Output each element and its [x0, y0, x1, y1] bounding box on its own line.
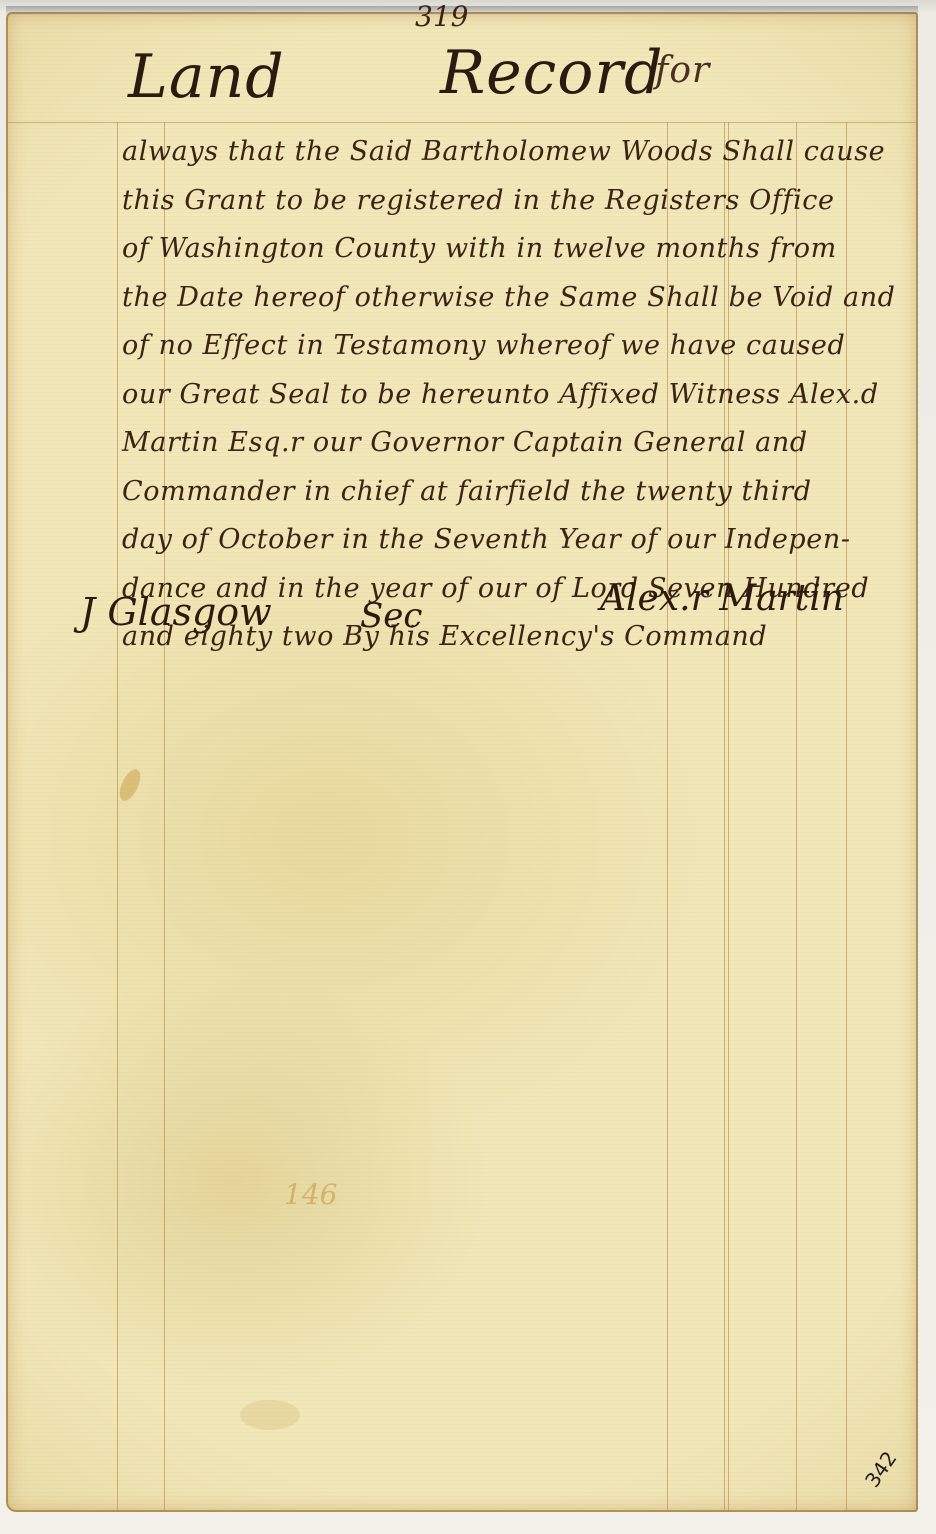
water-stain: [240, 1400, 300, 1430]
body-line: always that the Said Bartholomew Woods S…: [122, 128, 912, 177]
body-line: of no Effect in Testamony whereof we hav…: [122, 322, 912, 371]
body-line: the Date hereof otherwise the Same Shall…: [122, 274, 912, 323]
signature-martin: Alex.r Martin: [600, 578, 844, 619]
signature-glasgow: J Glasgow: [80, 590, 272, 634]
folio-number: 319: [415, 0, 468, 33]
body-line: Martin Esq.r our Governor Captain Genera…: [122, 419, 912, 468]
header-record: Record: [440, 38, 664, 108]
header-rule: [6, 122, 918, 123]
body-line: Commander in chief at fairfield the twen…: [122, 468, 912, 517]
header-for: for: [655, 50, 710, 91]
body-line: of Washington County with in twelve mont…: [122, 225, 912, 274]
faint-bleed-through-number: 146: [284, 1178, 337, 1211]
body-line: our Great Seal to be hereunto Affixed Wi…: [122, 371, 912, 420]
document-scan: 319 Land Record for always that the Said…: [0, 0, 936, 1534]
margin-rule-left-1: [117, 122, 118, 1512]
signature-secretary: Sec: [360, 596, 422, 636]
header-land: Land: [128, 42, 285, 112]
body-line: this Grant to be registered in the Regis…: [122, 177, 912, 226]
body-line: day of October in the Seventh Year of ou…: [122, 516, 912, 565]
